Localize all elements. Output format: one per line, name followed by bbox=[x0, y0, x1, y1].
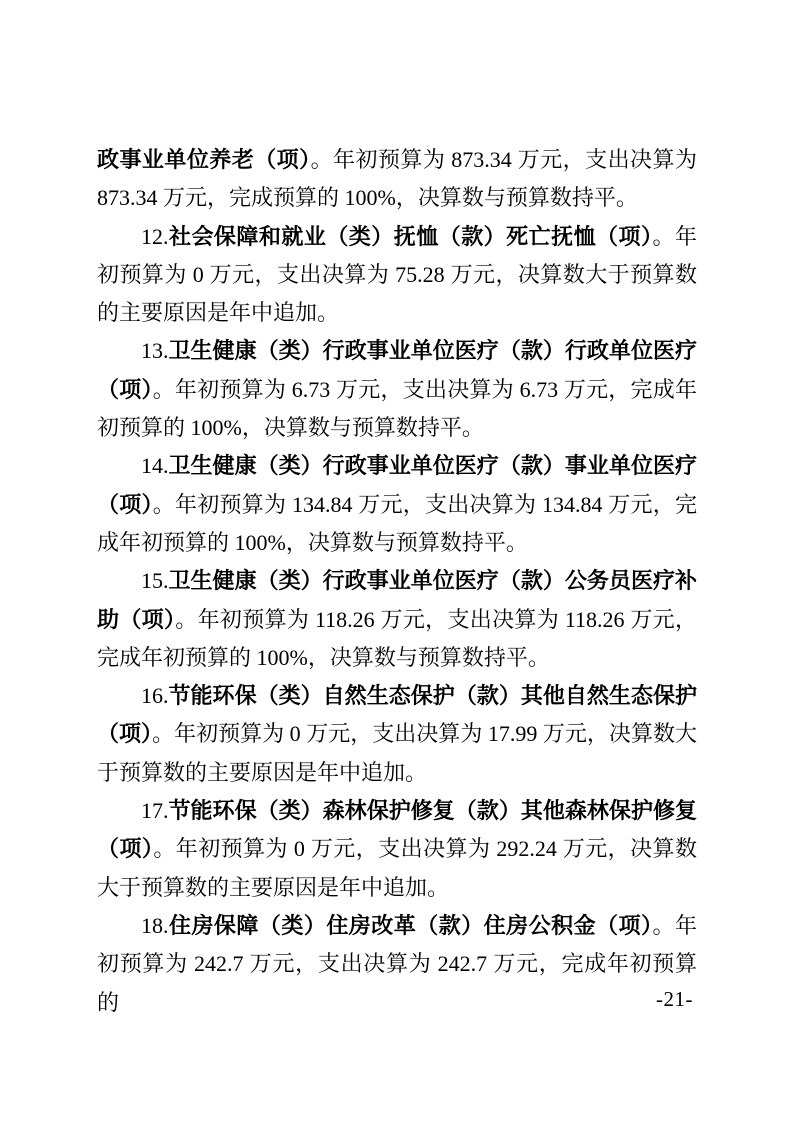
paragraph-number: 17. bbox=[141, 798, 169, 823]
page-number: -21- bbox=[656, 986, 693, 1012]
paragraph-number: 15. bbox=[141, 568, 169, 593]
paragraph: 15.卫生健康（类）行政事业单位医疗（款）公务员医疗补助（项）。年初预算为 11… bbox=[97, 562, 697, 677]
paragraph-body: 。年初预算为 0 万元，支出决算为 17.99 万元，决算数大于预算数的主要原因… bbox=[97, 721, 697, 784]
paragraph-number: 12. bbox=[141, 224, 169, 249]
paragraph: 18.住房保障（类）住房改革（款）住房公积金（项）。年初预算为 242.7 万元… bbox=[97, 907, 697, 1022]
paragraph-number: 14. bbox=[141, 453, 169, 478]
document-body: 政事业单位养老（项）。年初预算为 873.34 万元，支出决算为 873.34 … bbox=[97, 141, 697, 1022]
paragraph-title: 政事业单位养老（项） bbox=[97, 147, 311, 172]
paragraph-body: 。年初预算为 118.26 万元，支出决算为 118.26 万元，完成年初预算的… bbox=[97, 607, 697, 670]
paragraph-number: 13. bbox=[141, 338, 169, 363]
paragraph: 12.社会保障和就业（类）抚恤（款）死亡抚恤（项）。年初预算为 0 万元，支出决… bbox=[97, 218, 697, 333]
paragraph-title: 住房保障（类）住房改革（款）住房公积金（项） bbox=[169, 913, 653, 938]
paragraph-title: 社会保障和就业（类）抚恤（款）死亡抚恤（项） bbox=[169, 224, 653, 249]
paragraph-body: 。年初预算为 0 万元，支出决算为 292.24 万元，决算数大于预算数的主要原… bbox=[97, 836, 697, 899]
paragraph-body: 。年初预算为 134.84 万元，支出决算为 134.84 万元，完成年初预算的… bbox=[97, 492, 697, 555]
paragraph: 政事业单位养老（项）。年初预算为 873.34 万元，支出决算为 873.34 … bbox=[97, 141, 697, 218]
paragraph-number: 18. bbox=[141, 913, 169, 938]
paragraph: 13.卫生健康（类）行政事业单位医疗（款）行政单位医疗（项）。年初预算为 6.7… bbox=[97, 332, 697, 447]
paragraph: 17.节能环保（类）森林保护修复（款）其他森林保护修复（项）。年初预算为 0 万… bbox=[97, 792, 697, 907]
paragraph-number: 16. bbox=[141, 683, 169, 708]
paragraph-body: 。年初预算为 6.73 万元，支出决算为 6.73 万元，完成年初预算的 100… bbox=[97, 377, 697, 440]
document-page: 政事业单位养老（项）。年初预算为 873.34 万元，支出决算为 873.34 … bbox=[0, 0, 793, 1122]
paragraph: 14.卫生健康（类）行政事业单位医疗（款）事业单位医疗（项）。年初预算为 134… bbox=[97, 447, 697, 562]
paragraph: 16.节能环保（类）自然生态保护（款）其他自然生态保护（项）。年初预算为 0 万… bbox=[97, 677, 697, 792]
